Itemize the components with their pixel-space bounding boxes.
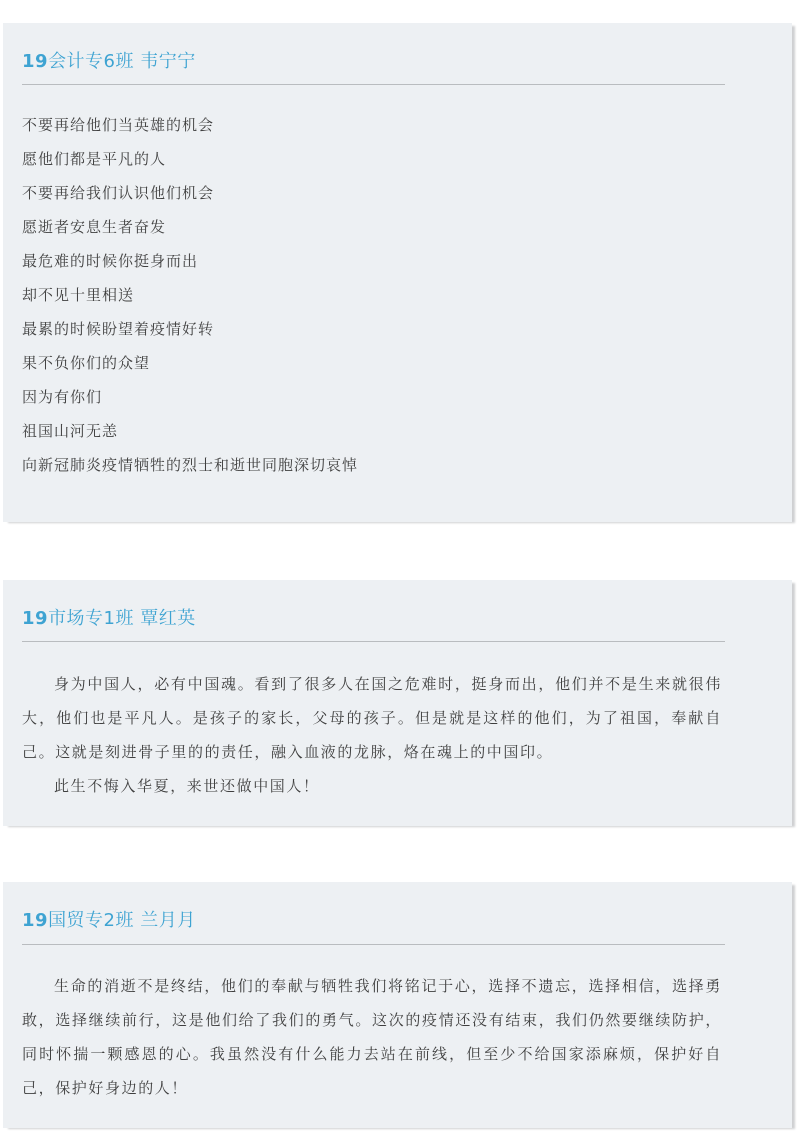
poem-line: 最危难的时候你挺身而出 <box>22 244 358 278</box>
entry-title-text: 国贸专2班 兰月月 <box>48 910 196 931</box>
title-divider <box>22 641 725 642</box>
poem-line: 不要再给他们当英雄的机会 <box>22 108 358 142</box>
poem-line: 却不见十里相送 <box>22 278 358 312</box>
poem-line: 果不负你们的众望 <box>22 346 358 380</box>
entry-paragraph: 此生不悔入华夏，来世还做中国人！ <box>22 769 722 803</box>
entry-title-number: 19 <box>22 608 48 629</box>
poem-line: 祖国山河无恙 <box>22 414 358 448</box>
poem-line: 不要再给我们认识他们机会 <box>22 176 358 210</box>
entry-card: 19市场专1班 覃红英 身为中国人，必有中国魂。看到了很多人在国之危难时，挺身而… <box>3 580 792 826</box>
entry-title: 19市场专1班 覃红英 <box>22 604 196 630</box>
poem-line: 愿逝者安息生者奋发 <box>22 210 358 244</box>
entry-title: 19会计专6班 韦宁宁 <box>22 47 196 73</box>
poem-line: 最累的时候盼望着疫情好转 <box>22 312 358 346</box>
entry-title-number: 19 <box>22 51 48 72</box>
entry-title-text: 市场专1班 覃红英 <box>48 608 196 629</box>
entry-card: 19会计专6班 韦宁宁 不要再给他们当英雄的机会 愿他们都是平凡的人 不要再给我… <box>3 23 792 522</box>
entry-title-text: 会计专6班 韦宁宁 <box>48 51 196 72</box>
poem-lines: 不要再给他们当英雄的机会 愿他们都是平凡的人 不要再给我们认识他们机会 愿逝者安… <box>22 108 358 482</box>
title-divider <box>22 944 725 945</box>
entry-paragraph: 身为中国人，必有中国魂。看到了很多人在国之危难时，挺身而出，他们并不是生来就很伟… <box>22 667 722 769</box>
entry-paragraph: 生命的消逝不是终结，他们的奉献与牺牲我们将铭记于心，选择不遗忘，选择相信，选择勇… <box>22 969 722 1105</box>
poem-line: 向新冠肺炎疫情牺牲的烈士和逝世同胞深切哀悼 <box>22 448 358 482</box>
entry-title: 19国贸专2班 兰月月 <box>22 906 196 932</box>
title-divider <box>22 84 725 85</box>
entry-card: 19国贸专2班 兰月月 生命的消逝不是终结，他们的奉献与牺牲我们将铭记于心，选择… <box>3 882 792 1128</box>
poem-line: 因为有你们 <box>22 380 358 414</box>
poem-line: 愿他们都是平凡的人 <box>22 142 358 176</box>
entry-title-number: 19 <box>22 910 48 931</box>
